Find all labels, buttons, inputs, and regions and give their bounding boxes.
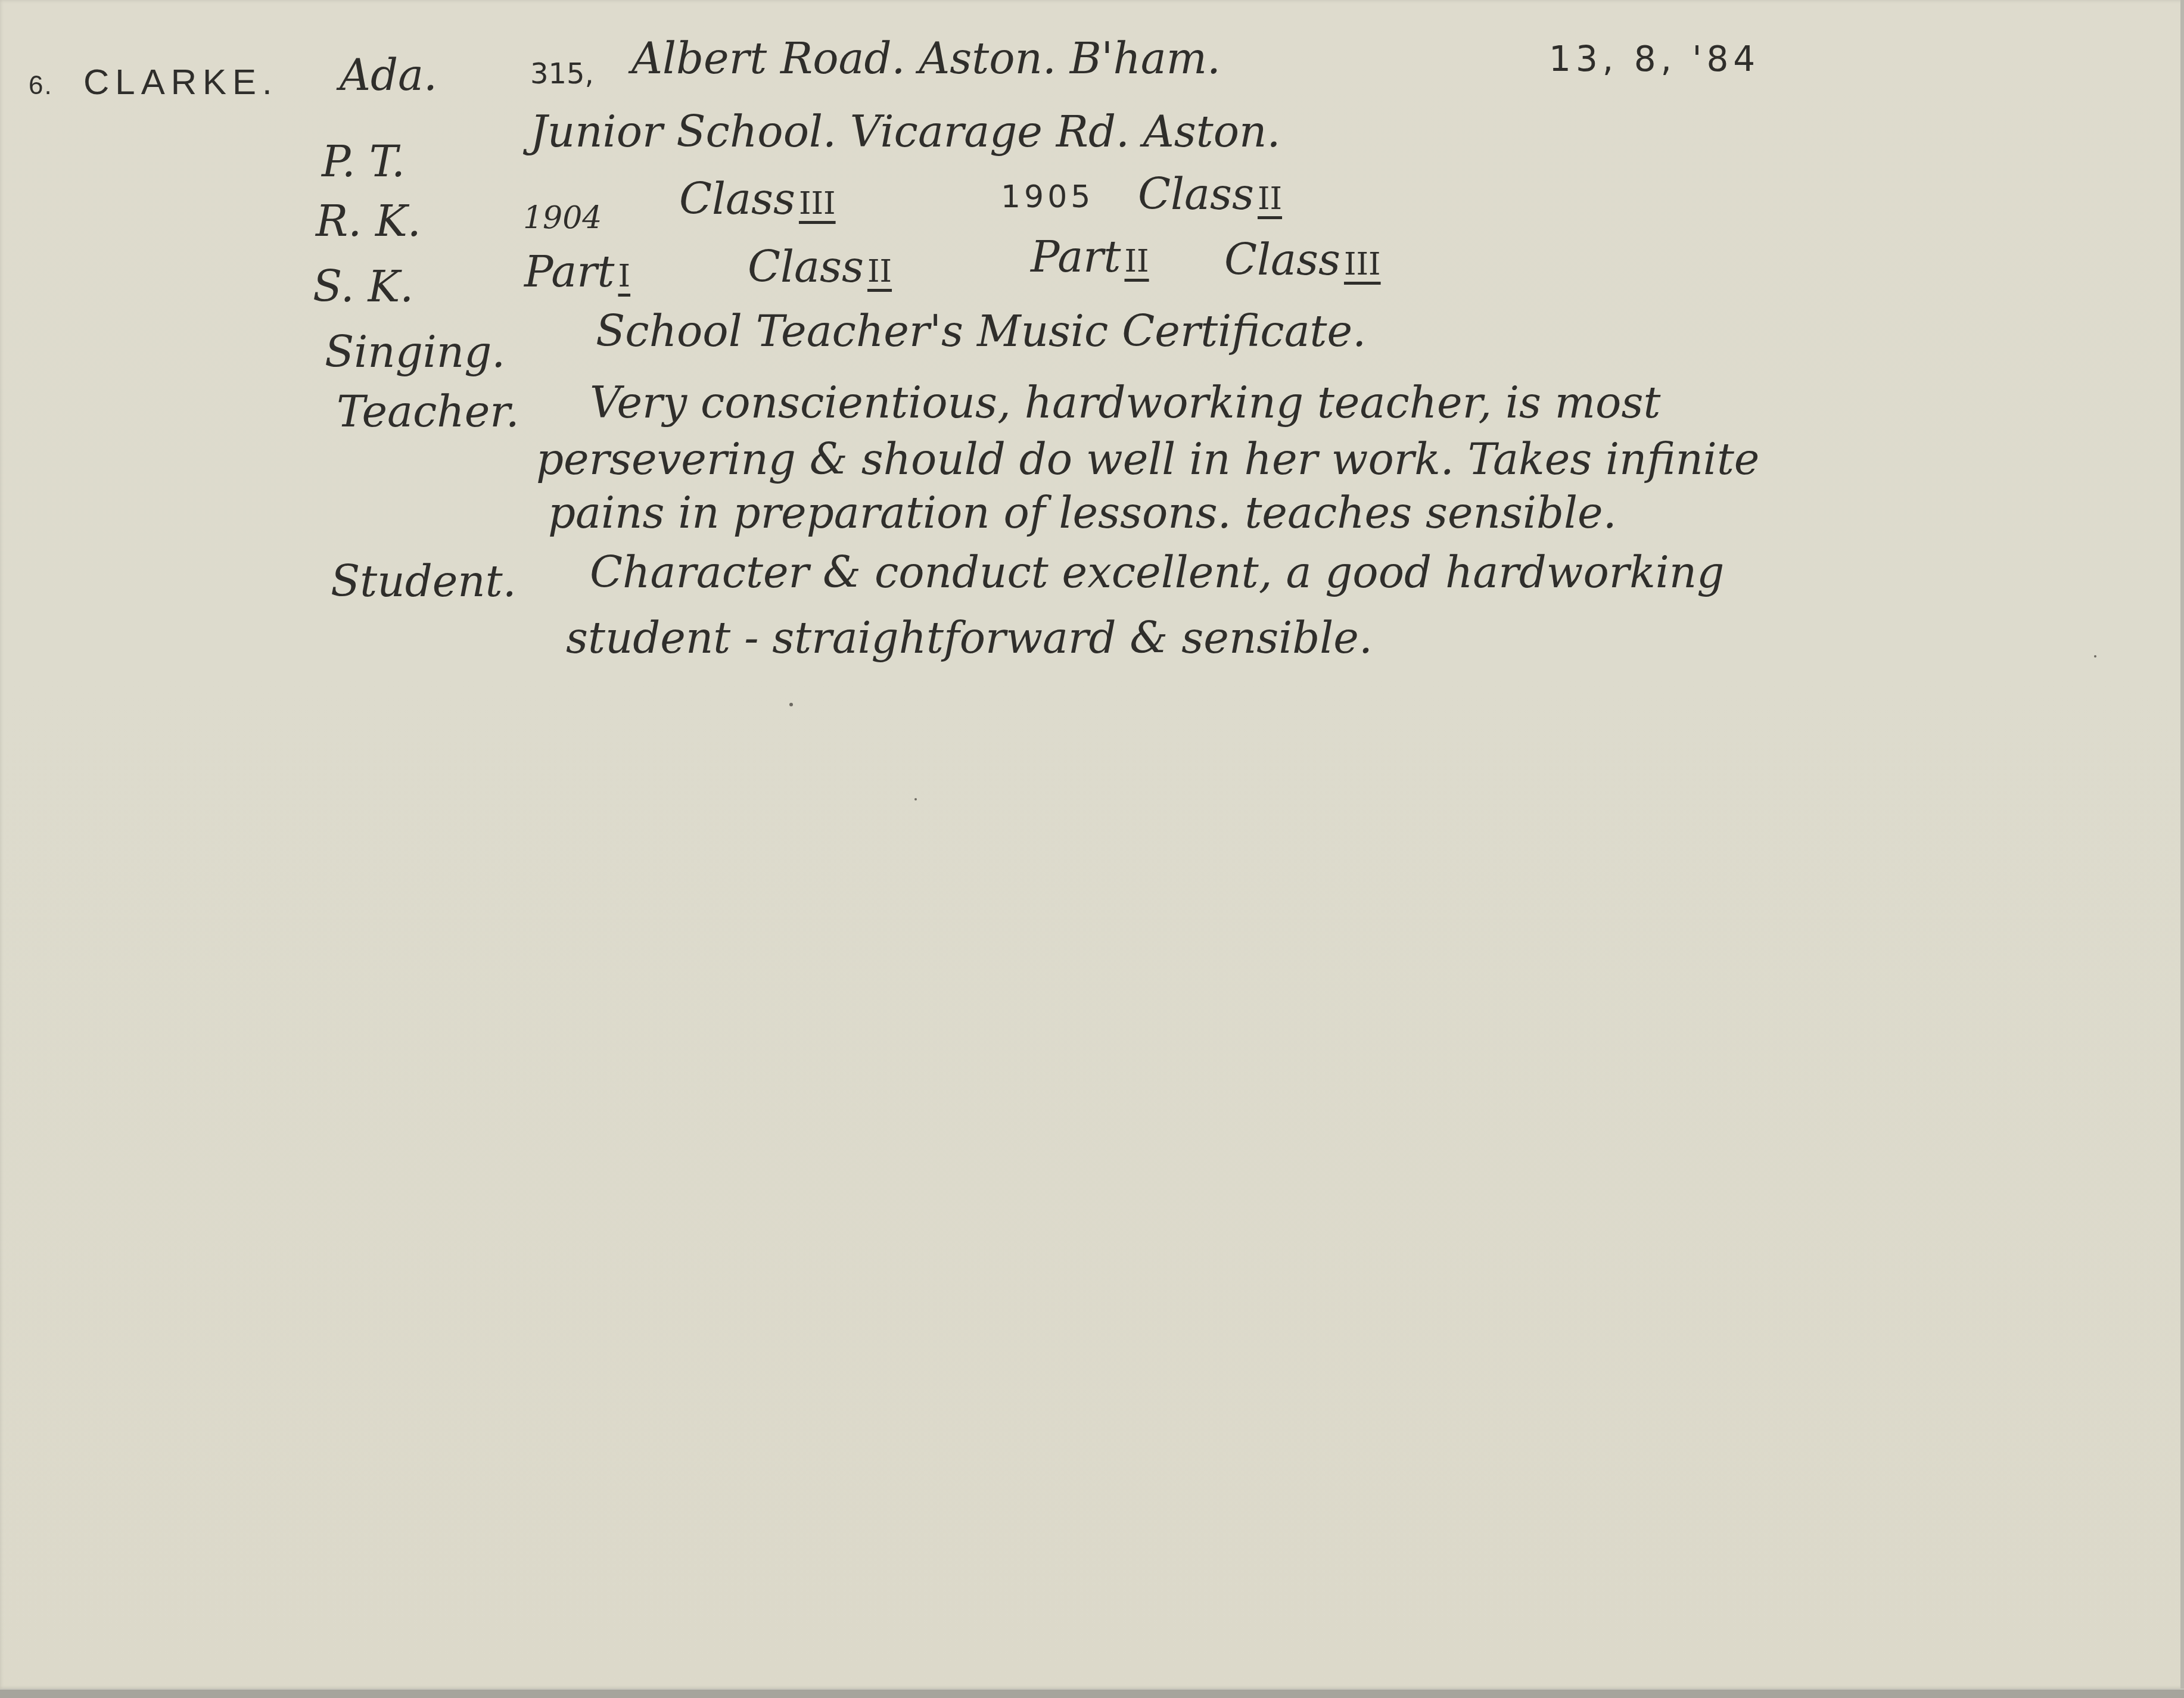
student-line-2: student - straightforward & sensible.: [566, 616, 1373, 659]
paper-speck: [789, 703, 793, 706]
paper-speck: [914, 798, 917, 800]
sk-part-1-class-word: Class: [748, 242, 864, 292]
backing-strip: [0, 1688, 2184, 1698]
singing-value: School Teacher's Music Certificate.: [596, 310, 1366, 353]
surname: CLARKE.: [83, 64, 278, 100]
rk-year-1905: 1905: [1001, 182, 1094, 213]
sk-part-1: PartI: [524, 250, 630, 293]
record-card: 6. CLARKE. Ada. 315, Albert Road. Aston.…: [0, 0, 2184, 1688]
address-number: 315,: [530, 60, 594, 88]
sk-part-2-word: Part: [1031, 232, 1121, 282]
sk-part-1-word: Part: [524, 247, 615, 297]
rk-label: R. K.: [316, 200, 421, 242]
teacher-label: Teacher.: [337, 390, 519, 433]
sk-part-2-class-word: Class: [1224, 235, 1340, 285]
teacher-line-2: persevering & should do well in her work…: [536, 438, 1759, 481]
sk-part-2-class: ClassIII: [1224, 238, 1381, 281]
sk-part-1-class-numeral: II: [867, 256, 892, 287]
teacher-line-1: Very conscientious, hardworking teacher,…: [590, 381, 1660, 424]
rk-class-1904: ClassIII: [679, 177, 836, 220]
singing-label: Singing.: [325, 331, 505, 373]
card-right-edge: [2180, 0, 2184, 1688]
sk-part-2: PartII: [1031, 235, 1149, 278]
sk-part-1-class: ClassII: [748, 245, 892, 288]
pt-value: Junior School. Vicarage Rd. Aston.: [530, 110, 1280, 153]
student-line-1: Character & conduct excellent, a good ha…: [590, 551, 1724, 594]
paper-speck: [2094, 655, 2096, 658]
entry-number: 6.: [29, 73, 53, 99]
date: 13, 8, '84: [1549, 42, 1760, 76]
sk-part-1-numeral: I: [618, 261, 631, 292]
rk-class-1904-word: Class: [679, 174, 795, 224]
rk-class-1905-word: Class: [1138, 169, 1254, 219]
rk-class-1905: ClassII: [1138, 173, 1282, 216]
rk-year-1904: 1904: [523, 202, 602, 233]
forename: Ada.: [340, 54, 437, 96]
sk-part-2-class-numeral: III: [1344, 249, 1381, 280]
pt-label: P. T.: [322, 140, 405, 183]
teacher-line-3: pains in preparation of lessons. teaches…: [548, 491, 1617, 534]
rk-class-1905-numeral: II: [1258, 183, 1282, 214]
address: Albert Road. Aston. B'ham.: [631, 37, 1221, 80]
sk-part-2-numeral: II: [1125, 246, 1149, 277]
sk-label: S. K.: [313, 265, 413, 308]
rk-class-1904-numeral: III: [799, 188, 836, 219]
student-label: Student.: [331, 560, 517, 603]
